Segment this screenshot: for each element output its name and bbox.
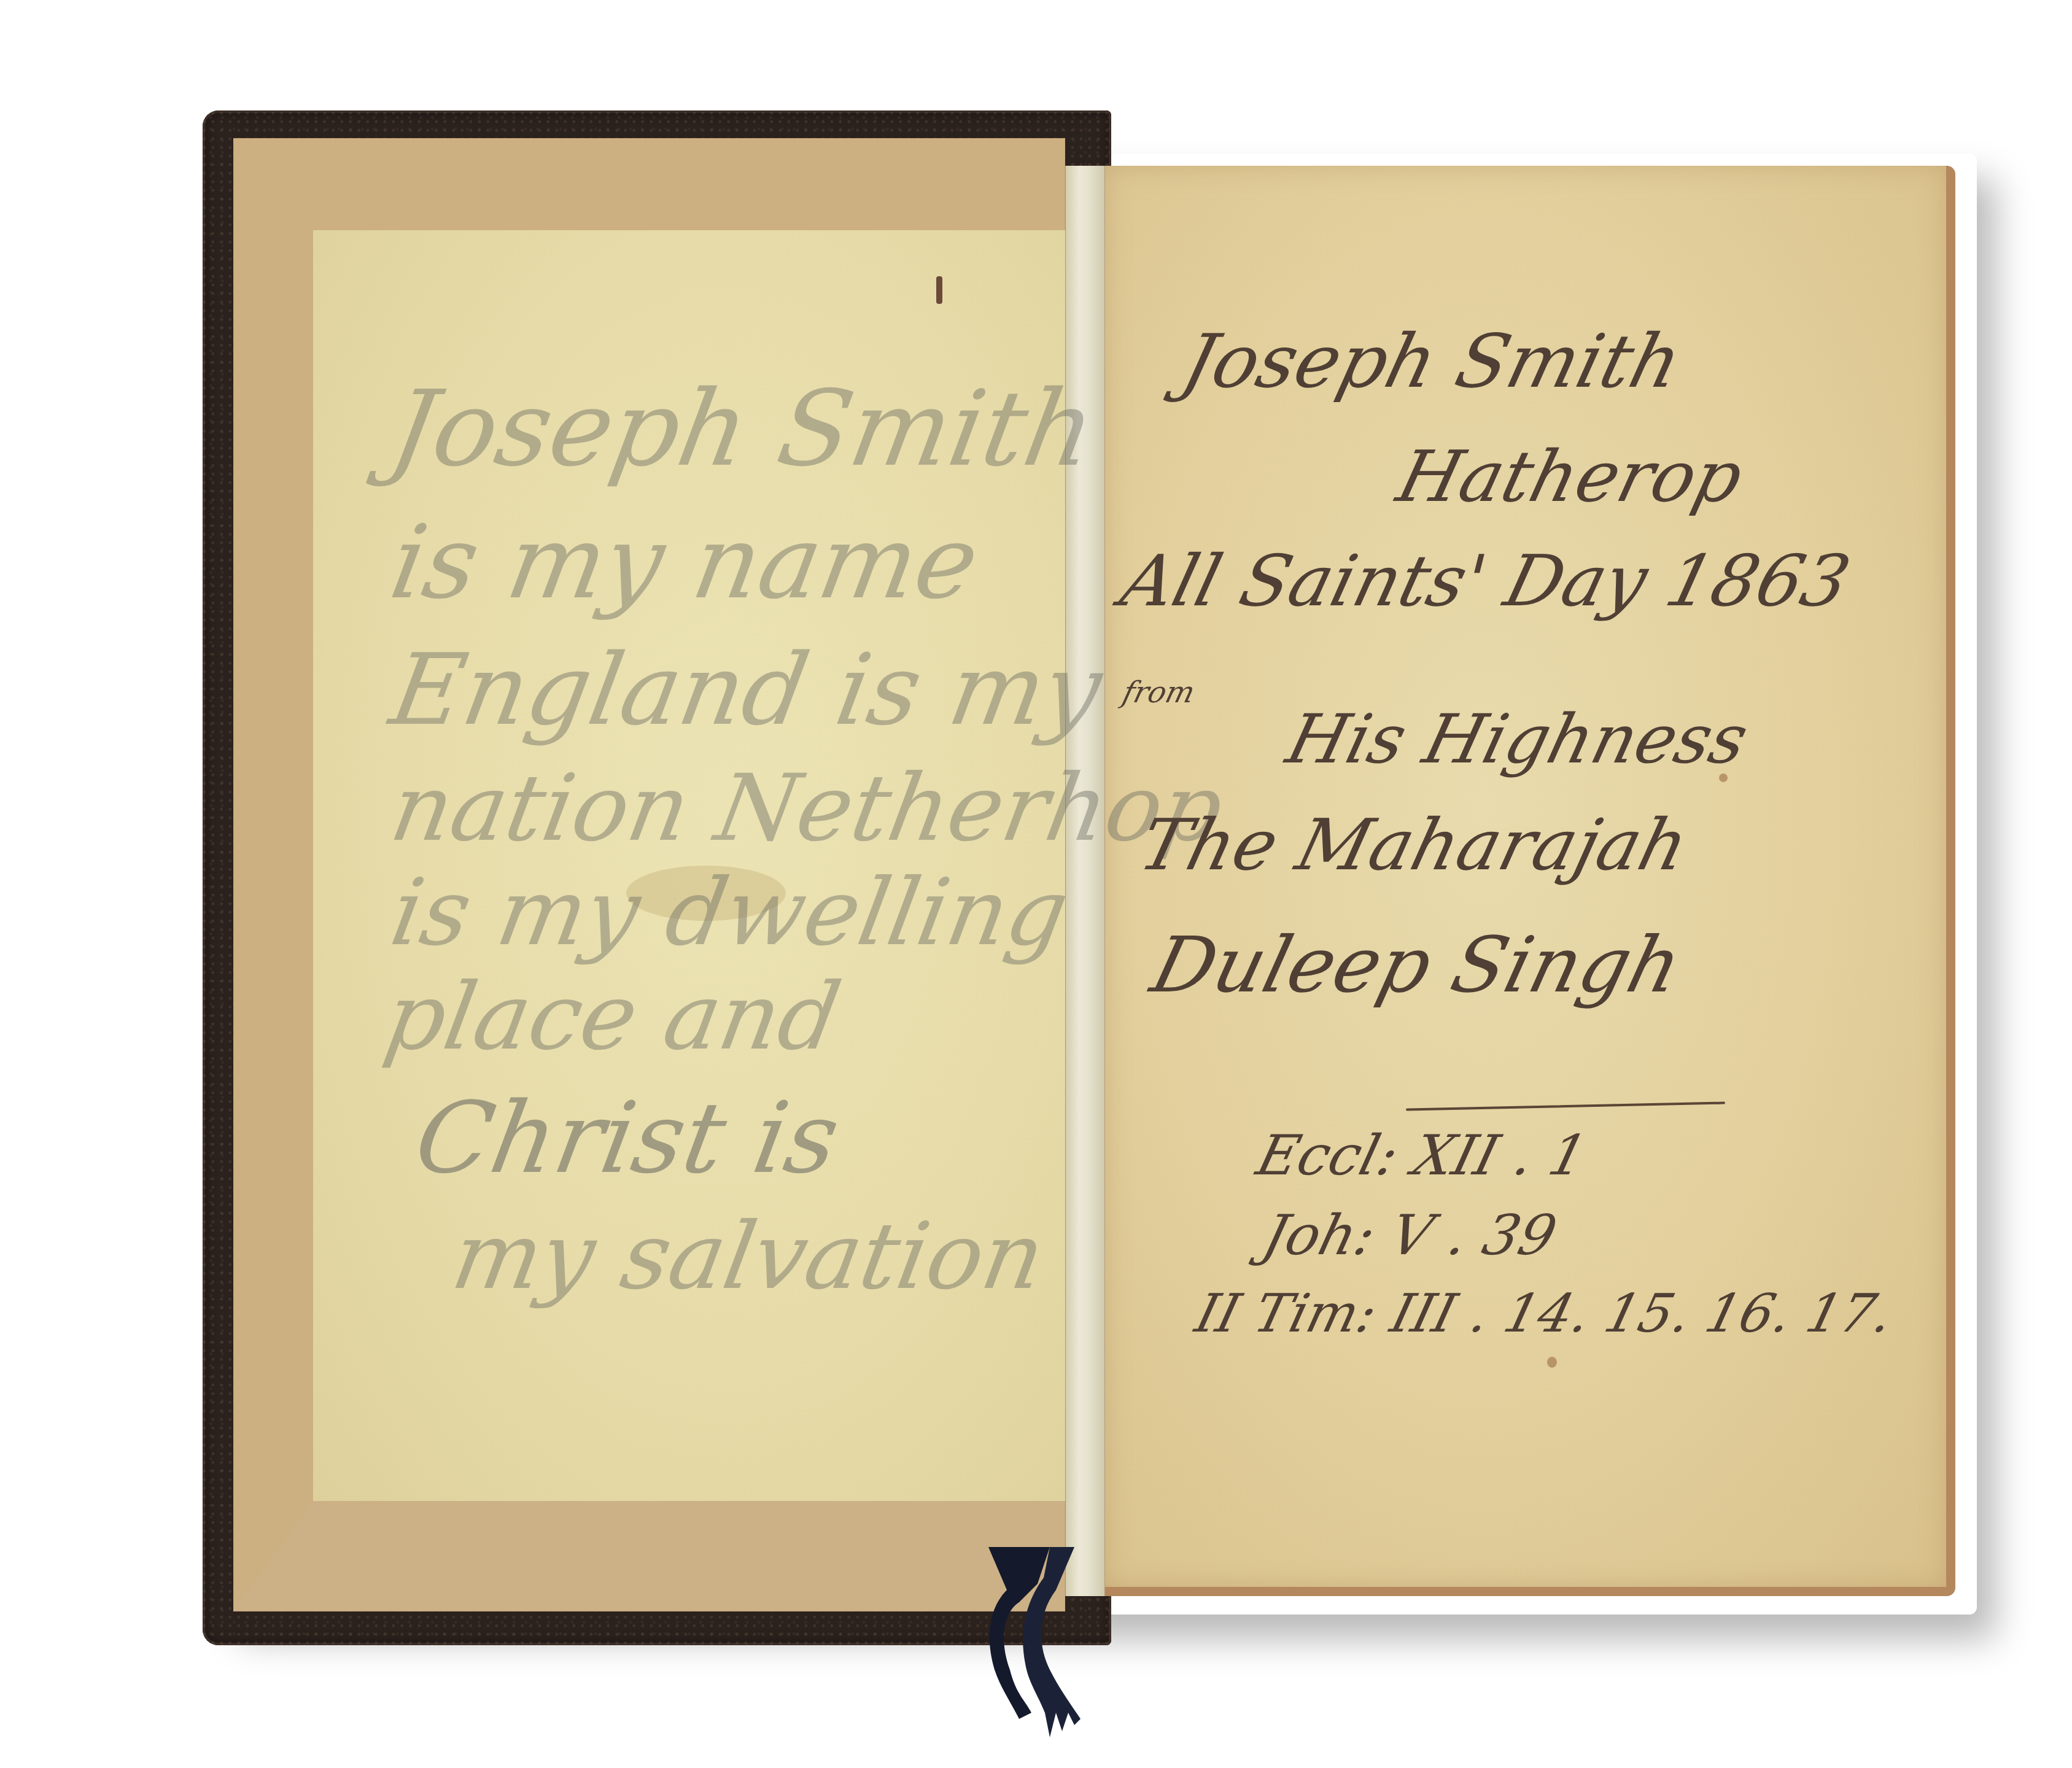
foxing-spot — [1547, 1357, 1557, 1368]
scripture-reference: Eccl: XII . 1 — [1251, 1123, 1594, 1188]
open-book: Joseph Smith is my name England is my na… — [0, 0, 2072, 1768]
inscription-from: from — [1119, 675, 1198, 710]
pencil-line: Joseph Smith — [382, 368, 1104, 490]
giver-name: Duleep Singh — [1143, 921, 1690, 1010]
giver-rank: The Maharajah — [1131, 804, 1696, 886]
inscription-place: Hatherop — [1389, 436, 1750, 518]
pencil-line: is my name — [382, 503, 987, 621]
ink-stain — [936, 276, 942, 304]
pencil-line: nation Netherhop — [384, 755, 1231, 862]
scripture-reference: Joh: V . 39 — [1257, 1203, 1563, 1268]
pencil-line: my salvation — [445, 1203, 1052, 1310]
inscription-name: Joseph Smith — [1174, 319, 1690, 405]
pencil-line: England is my — [383, 632, 1110, 747]
inscription-date: All Saints' Day 1863 — [1113, 540, 1858, 622]
giver-title: His Highness — [1279, 700, 1756, 778]
pencil-line: place and — [378, 964, 848, 1071]
scripture-reference: II Tim: III . 14. 15. 16. 17. — [1190, 1283, 1899, 1344]
pencil-line: Christ is — [408, 1080, 848, 1195]
bookmark-ribbon-icon — [976, 1547, 1136, 1756]
pencil-line: is my dwelling — [384, 859, 1076, 966]
